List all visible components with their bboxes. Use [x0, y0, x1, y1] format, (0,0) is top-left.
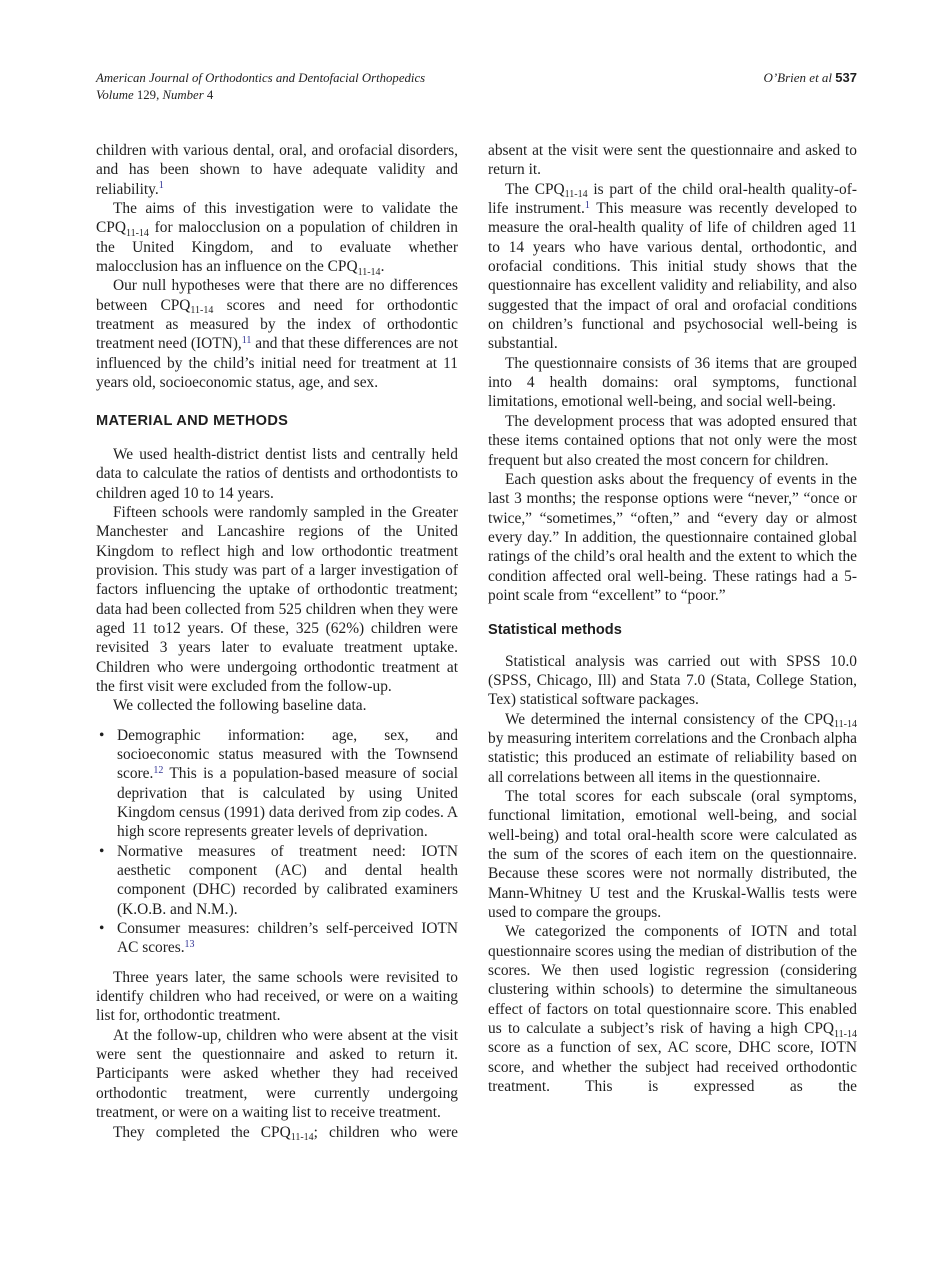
list-item: •Demographic information: age, sex, and … — [96, 726, 458, 842]
list-item: •Consumer measures: children’s self-perc… — [96, 919, 458, 958]
author-page-citation: O’Brien et al 537 — [763, 70, 857, 87]
text-segment: Statistical analysis was carried out wit… — [488, 653, 857, 709]
subsection-heading: Statistical methods — [488, 621, 857, 640]
text-segment: This measure was recently developed to m… — [488, 200, 857, 352]
left-column: children with various dental, oral, and … — [96, 141, 458, 1142]
volume-number-line: Volume 129, Number 4 — [96, 87, 425, 104]
right-column: absent at the visit were sent the questi… — [488, 141, 857, 1142]
text-segment: Fifteen schools were randomly sampled in… — [96, 504, 458, 695]
reference-link[interactable]: 1 — [585, 200, 590, 211]
paragraph: absent at the visit were sent the questi… — [488, 141, 857, 180]
paragraph: We categorized the components of IOTN an… — [488, 922, 857, 1096]
text-segment: We used health-district dentist lists an… — [96, 446, 458, 502]
text-segment: We collected the following baseline data… — [113, 697, 366, 714]
paragraph: The questionnaire consists of 36 items t… — [488, 354, 857, 412]
journal-page: American Journal of Orthodontics and Den… — [0, 0, 950, 1272]
text-segment: The questionnaire consists of 36 items t… — [488, 355, 857, 411]
bullet-icon: • — [99, 726, 104, 745]
text-segment: The CPQ — [505, 181, 565, 198]
paragraph: Each question asks about the frequency o… — [488, 470, 857, 605]
text-segment: This is a population-based measure of so… — [117, 765, 458, 840]
paragraph: We used health-district dentist lists an… — [96, 445, 458, 503]
paragraph: The total scores for each subscale (oral… — [488, 787, 857, 922]
subscript-text: 11-14 — [358, 267, 381, 278]
two-column-body: children with various dental, oral, and … — [96, 141, 857, 1142]
paragraph: We collected the following baseline data… — [96, 696, 458, 715]
text-segment: We categorized the components of IOTN an… — [488, 923, 857, 1037]
paragraph: Our null hypotheses were that there are … — [96, 276, 458, 392]
text-segment: Three years later, the same schools were… — [96, 969, 458, 1025]
text-segment: absent at the visit were sent the questi… — [488, 142, 857, 178]
paragraph: We determined the internal consistency o… — [488, 710, 857, 787]
list-item-text: Normative measures of treatment need: IO… — [117, 843, 458, 918]
header-journal-block: American Journal of Orthodontics and Den… — [96, 70, 425, 103]
subscript-text: 11-14 — [565, 189, 588, 200]
text-segment: We determined the internal consistency o… — [505, 711, 834, 728]
paragraph: Fifteen schools were randomly sampled in… — [96, 503, 458, 696]
paragraph: Statistical analysis was carried out wit… — [488, 652, 857, 710]
text-segment: by measuring interitem correlations and … — [488, 730, 857, 786]
text-segment: O’Brien et al — [763, 70, 832, 85]
reference-link[interactable]: 13 — [185, 939, 195, 950]
paragraph: Three years later, the same schools were… — [96, 968, 458, 1026]
paragraph: The CPQ11-14 is part of the child oral-h… — [488, 180, 857, 354]
subscript-text: 11-14 — [190, 305, 213, 316]
text-segment: The development process that was adopted… — [488, 413, 857, 469]
reference-link[interactable]: 11 — [242, 335, 252, 346]
list-item-text: Demographic information: age, sex, and s… — [117, 727, 458, 841]
bullet-list: •Demographic information: age, sex, and … — [96, 726, 458, 958]
text-segment: 4 — [207, 88, 213, 102]
list-item-text: Consumer measures: children’s self-perce… — [117, 920, 458, 956]
text-segment: At the follow-up, children who were abse… — [96, 1027, 458, 1121]
text-segment: 129, — [137, 88, 163, 102]
list-item: •Normative measures of treatment need: I… — [96, 842, 458, 919]
paragraph: At the follow-up, children who were abse… — [96, 1026, 458, 1123]
paragraph: The aims of this investigation were to v… — [96, 199, 458, 276]
bullet-icon: • — [99, 919, 104, 938]
section-heading: MATERIAL AND METHODS — [96, 412, 458, 431]
text-segment: . — [381, 258, 385, 275]
text-segment: ; children who were — [314, 1124, 458, 1141]
subscript-text: 11-14 — [126, 228, 149, 239]
text-segment: score as a function of sex, AC score, DH… — [488, 1039, 857, 1095]
subscript-text: 11-14 — [834, 719, 857, 730]
text-segment: They completed the CPQ — [113, 1124, 291, 1141]
subscript-text: 11-14 — [834, 1029, 857, 1040]
paragraph: The development process that was adopted… — [488, 412, 857, 470]
reference-link[interactable]: 1 — [159, 180, 164, 191]
running-header: American Journal of Orthodontics and Den… — [96, 70, 857, 103]
journal-name: American Journal of Orthodontics and Den… — [96, 70, 425, 87]
text-segment: 537 — [835, 70, 857, 85]
reference-link[interactable]: 12 — [153, 765, 163, 776]
text-segment: Normative measures of treatment need: IO… — [117, 843, 458, 918]
paragraph: children with various dental, oral, and … — [96, 141, 458, 199]
text-segment: Number — [162, 88, 206, 102]
text-segment: children with various dental, oral, and … — [96, 142, 458, 198]
bullet-icon: • — [99, 842, 104, 861]
text-segment: Each question asks about the frequency o… — [488, 471, 857, 604]
text-segment: Consumer measures: children’s self-perce… — [117, 920, 458, 956]
paragraph: They completed the CPQ11-14; children wh… — [96, 1123, 458, 1142]
text-segment: for malocclusion on a population of chil… — [96, 219, 458, 275]
text-segment: Volume — [96, 88, 137, 102]
text-segment: The total scores for each subscale (oral… — [488, 788, 857, 921]
subscript-text: 11-14 — [291, 1132, 314, 1143]
